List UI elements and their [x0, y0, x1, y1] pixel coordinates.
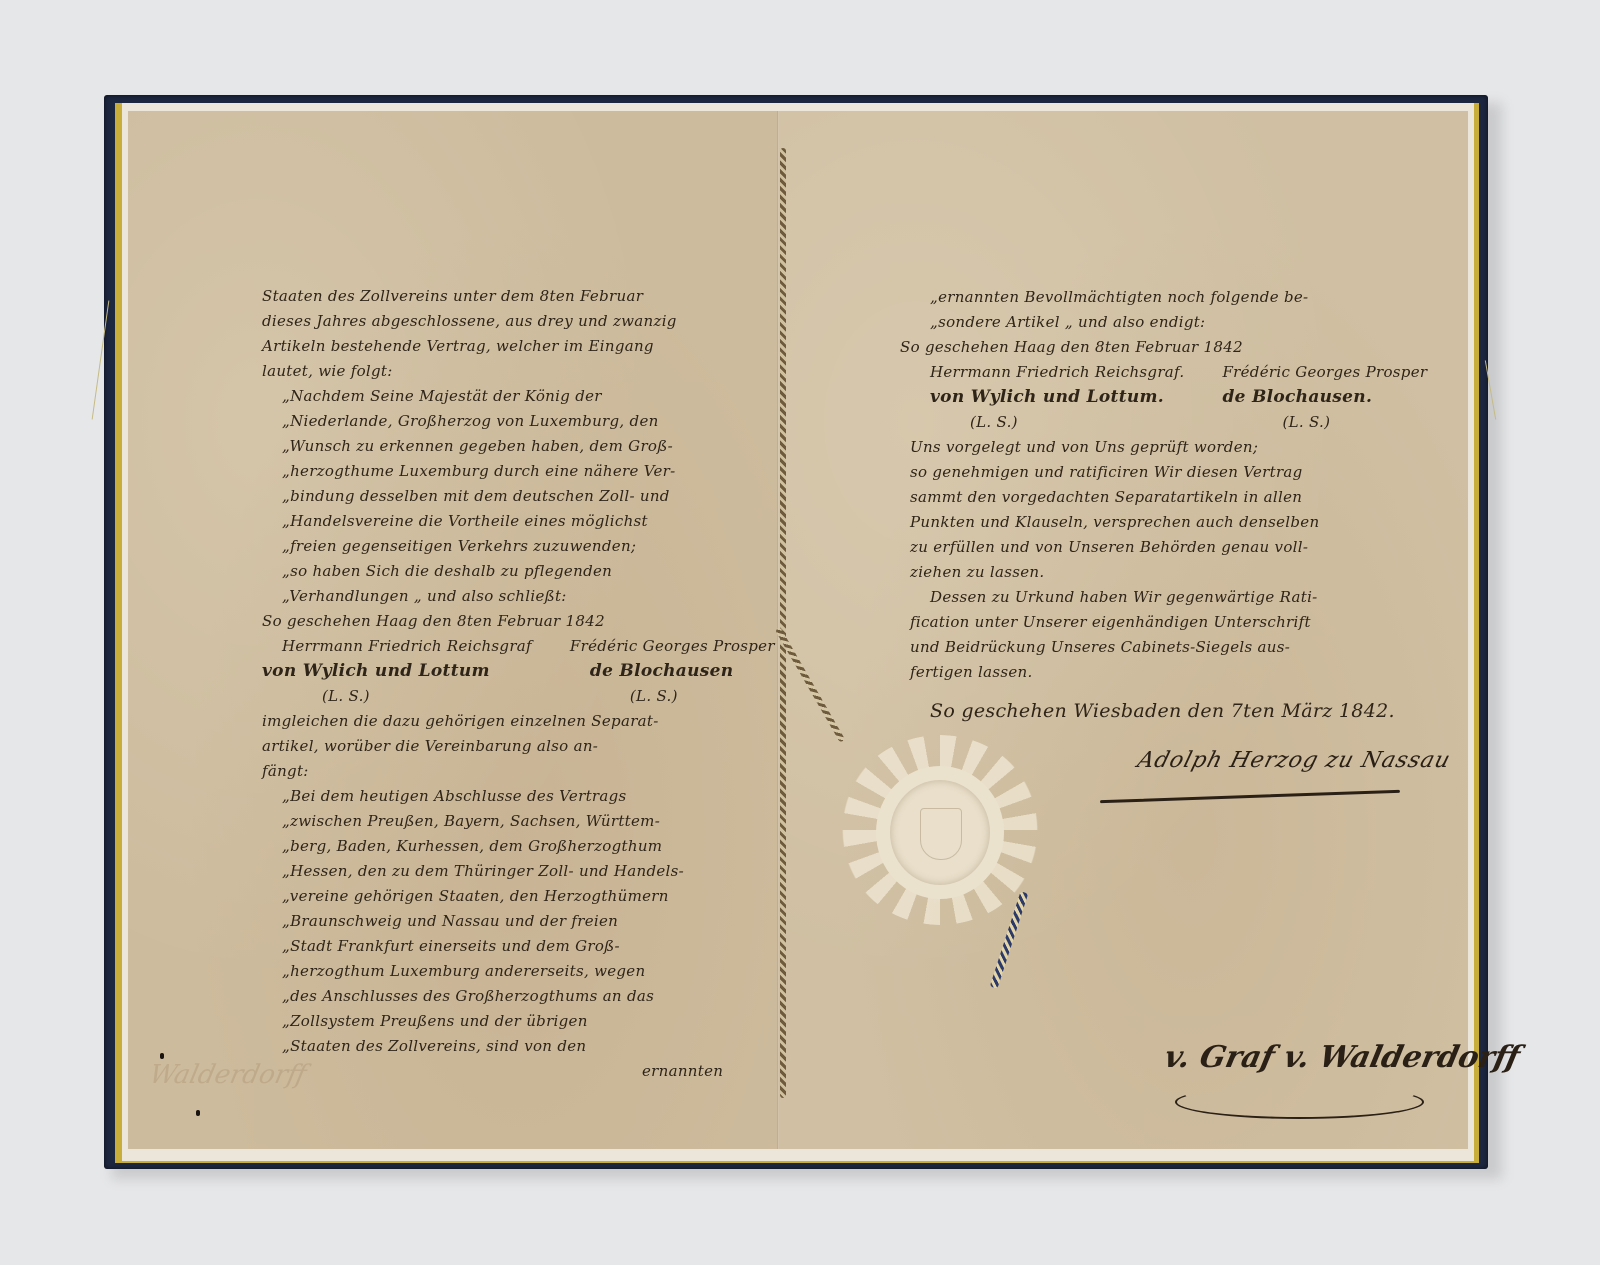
text-line: lautet, wie folgt:: [262, 359, 775, 384]
text-line: „zwischen Preußen, Bayern, Sachsen, Würt…: [262, 809, 775, 834]
locus-sigilli: (L. S.): [262, 684, 532, 709]
signature-duke-adolph: Adolph Herzog zu Nassau: [1135, 748, 1454, 773]
dated-line: So geschehen Haag den 8ten Februar 1842: [262, 609, 775, 634]
text-line: fication unter Unserer eigenhändigen Unt…: [910, 610, 1427, 635]
right-page-text: „ernannten Bevollmächtigten noch folgend…: [910, 285, 1427, 724]
ink-show-through: Walderdorff: [147, 1060, 309, 1090]
signature-flourish: [1175, 1085, 1424, 1119]
signatory-blochausen: Frédéric Georges Prosper de Blochausen. …: [1222, 360, 1427, 435]
locus-sigilli: (L. S.): [1222, 410, 1427, 435]
embossed-seal: [840, 735, 1040, 925]
signatory-name: Herrmann Friedrich Reichsgraf: [262, 634, 532, 659]
signatory-name: von Wylich und Lottum.: [910, 385, 1184, 410]
signatory-lottum: Herrmann Friedrich Reichsgraf von Wylich…: [262, 634, 532, 709]
signatory-name: Frédéric Georges Prosper: [1222, 360, 1427, 385]
text-line: „Zollsystem Preußens und der übrigen: [262, 1009, 775, 1034]
text-line: „Staaten des Zollvereins, sind von den: [262, 1034, 775, 1059]
signature-walderdorff: v. Graf v. Walderdorff: [1161, 1040, 1523, 1075]
text-line: fängt:: [262, 759, 775, 784]
text-line: Punkten und Klauseln, versprechen auch d…: [910, 510, 1427, 535]
text-line: „Handelsvereine die Vortheile eines mögl…: [262, 509, 775, 534]
text-line: „Stadt Frankfurt einerseits und dem Groß…: [262, 934, 775, 959]
text-line: und Beidrückung Unseres Cabinets-Siegels…: [910, 635, 1427, 660]
text-line: fertigen lassen.: [910, 660, 1427, 685]
text-line: „so haben Sich die deshalb zu pflegenden: [262, 559, 775, 584]
text-line: „Nachdem Seine Majestät der König der: [262, 384, 775, 409]
text-line: zu erfüllen und von Unseren Behörden gen…: [910, 535, 1427, 560]
catchword: ernannten: [262, 1059, 775, 1084]
text-line: so genehmigen und ratificiren Wir diesen…: [910, 460, 1427, 485]
text-line: „Braunschweig und Nassau und der freien: [262, 909, 775, 934]
text-line: „Verhandlungen „ und also schließt:: [262, 584, 775, 609]
signatory-name: Frédéric Georges Prosper: [570, 634, 775, 659]
text-line: „ernannten Bevollmächtigten noch folgend…: [910, 285, 1427, 310]
closing-date-line: So geschehen Wiesbaden den 7ten März 184…: [910, 699, 1427, 724]
locus-sigilli: (L. S.): [910, 410, 1184, 435]
text-line: „des Anschlusses des Großherzogthums an …: [262, 984, 775, 1009]
text-line: „Hessen, den zu dem Thüringer Zoll- und …: [262, 859, 775, 884]
locus-sigilli: (L. S.): [570, 684, 775, 709]
signatory-blochausen: Frédéric Georges Prosper de Blochausen (…: [570, 634, 775, 709]
coat-of-arms-icon: [920, 808, 962, 860]
text-line: sammt den vorgedachten Separatartikeln i…: [910, 485, 1427, 510]
text-line: „herzogthume Luxemburg durch eine nähere…: [262, 459, 775, 484]
text-line: „vereine gehörigen Staaten, den Herzogth…: [262, 884, 775, 909]
dated-line: So geschehen Haag den 8ten Februar 1842: [900, 335, 1427, 360]
signatory-name: de Blochausen.: [1222, 385, 1427, 410]
text-line: imgleichen die dazu gehörigen einzelnen …: [262, 709, 775, 734]
signatory-lottum: Herrmann Friedrich Reichsgraf. von Wylic…: [910, 360, 1184, 435]
text-line: Uns vorgelegt und von Uns geprüft worden…: [910, 435, 1427, 460]
signatory-name: Herrmann Friedrich Reichsgraf.: [910, 360, 1184, 385]
text-line: Dessen zu Urkund haben Wir gegenwärtige …: [910, 585, 1427, 610]
signatory-block: Herrmann Friedrich Reichsgraf von Wylich…: [262, 634, 775, 709]
left-page-text: Staaten des Zollvereins unter dem 8ten F…: [262, 284, 775, 1084]
text-line: „Wunsch zu erkennen gegeben haben, dem G…: [262, 434, 775, 459]
text-line: „sondere Artikel „ und also endigt:: [910, 310, 1427, 335]
signatory-name: de Blochausen: [570, 659, 775, 684]
ink-spot: [160, 1053, 164, 1059]
signatory-block: Herrmann Friedrich Reichsgraf. von Wylic…: [910, 360, 1427, 435]
text-line: artikel, worüber die Vereinbarung also a…: [262, 734, 775, 759]
text-line: „berg, Baden, Kurhessen, dem Großherzogt…: [262, 834, 775, 859]
text-line: „bindung desselben mit dem deutschen Zol…: [262, 484, 775, 509]
text-line: ziehen zu lassen.: [910, 560, 1427, 585]
text-line: „herzogthum Luxemburg andererseits, wege…: [262, 959, 775, 984]
text-line: „Bei dem heutigen Abschlusse des Vertrag…: [262, 784, 775, 809]
text-line: Staaten des Zollvereins unter dem 8ten F…: [262, 284, 775, 309]
ink-spot: [196, 1110, 200, 1116]
seal-impression: [890, 780, 990, 885]
text-line: Artikeln bestehende Vertrag, welcher im …: [262, 334, 775, 359]
binding-cord: [780, 148, 786, 1098]
text-line: „Niederlande, Großherzog von Luxemburg, …: [262, 409, 775, 434]
text-line: „freien gegenseitigen Verkehrs zuzuwende…: [262, 534, 775, 559]
signatory-name: von Wylich und Lottum: [262, 659, 532, 684]
text-line: dieses Jahres abgeschlossene, aus drey u…: [262, 309, 775, 334]
